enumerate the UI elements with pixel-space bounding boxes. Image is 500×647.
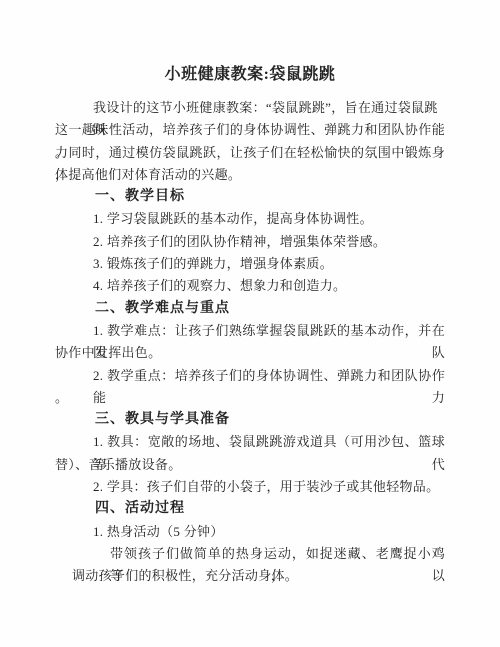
text-line: 2. 教学重点：培养孩子们的身体协调性、弹跳力和团队协作能力 bbox=[55, 365, 445, 387]
section-heading: 四、活动过程 bbox=[55, 498, 445, 520]
text-line: 3. 锻炼孩子们的弹跳力，增强身体素质。 bbox=[55, 253, 445, 275]
section-heading: 二、教学难点与重点 bbox=[55, 298, 445, 320]
section-heading: 一、教学目标 bbox=[55, 186, 445, 208]
text-line: 1. 教学难点：让孩子们熟练掌握袋鼠跳跃的基本动作，并在团队 bbox=[55, 320, 445, 342]
text-line: 这一趣味性活动，培养孩子们的身体协调性、弹跳力和团队协作能力 bbox=[55, 119, 445, 141]
text-line: 4. 培养孩子们的观察力、想象力和创造力。 bbox=[55, 275, 445, 297]
text-line: 1. 热身活动（5 分钟） bbox=[55, 521, 445, 543]
text-line: 2. 学具：孩子们自带的小袋子，用于装沙子或其他轻物品。 bbox=[55, 476, 445, 498]
text-line: 带领孩子们做简单的热身运动，如捉迷藏、老鹰捉小鸡等，以 bbox=[55, 543, 445, 565]
section-heading: 三、教具与学具准备 bbox=[55, 409, 445, 431]
document-title: 小班健康教案:袋鼠跳跳 bbox=[0, 65, 500, 85]
document-page: 小班健康教案:袋鼠跳跳 我设计的这节小班健康教案：“袋鼠跳跳”，旨在通过袋鼠跳跃… bbox=[0, 0, 500, 647]
text-line: ，提高他们对体育活动的兴趣。 bbox=[55, 164, 445, 186]
text-line: 。同时，通过模仿袋鼠跳跃，让孩子们在轻松愉快的氛围中锻炼身体 bbox=[55, 142, 445, 164]
text-line: 2. 培养孩子们的团队协作精神，增强集体荣誉感。 bbox=[55, 231, 445, 253]
text-line: 1. 教具：宽敞的场地、袋鼠跳跳游戏道具（可用沙包、篮球等代 bbox=[55, 431, 445, 453]
document-body: 我设计的这节小班健康教案：“袋鼠跳跳”，旨在通过袋鼠跳跃这一趣味性活动，培养孩子… bbox=[55, 97, 445, 588]
text-line: 我设计的这节小班健康教案：“袋鼠跳跳”，旨在通过袋鼠跳跃 bbox=[55, 97, 445, 119]
text-line: 1. 学习袋鼠跳跃的基本动作，提高身体协调性。 bbox=[55, 208, 445, 230]
